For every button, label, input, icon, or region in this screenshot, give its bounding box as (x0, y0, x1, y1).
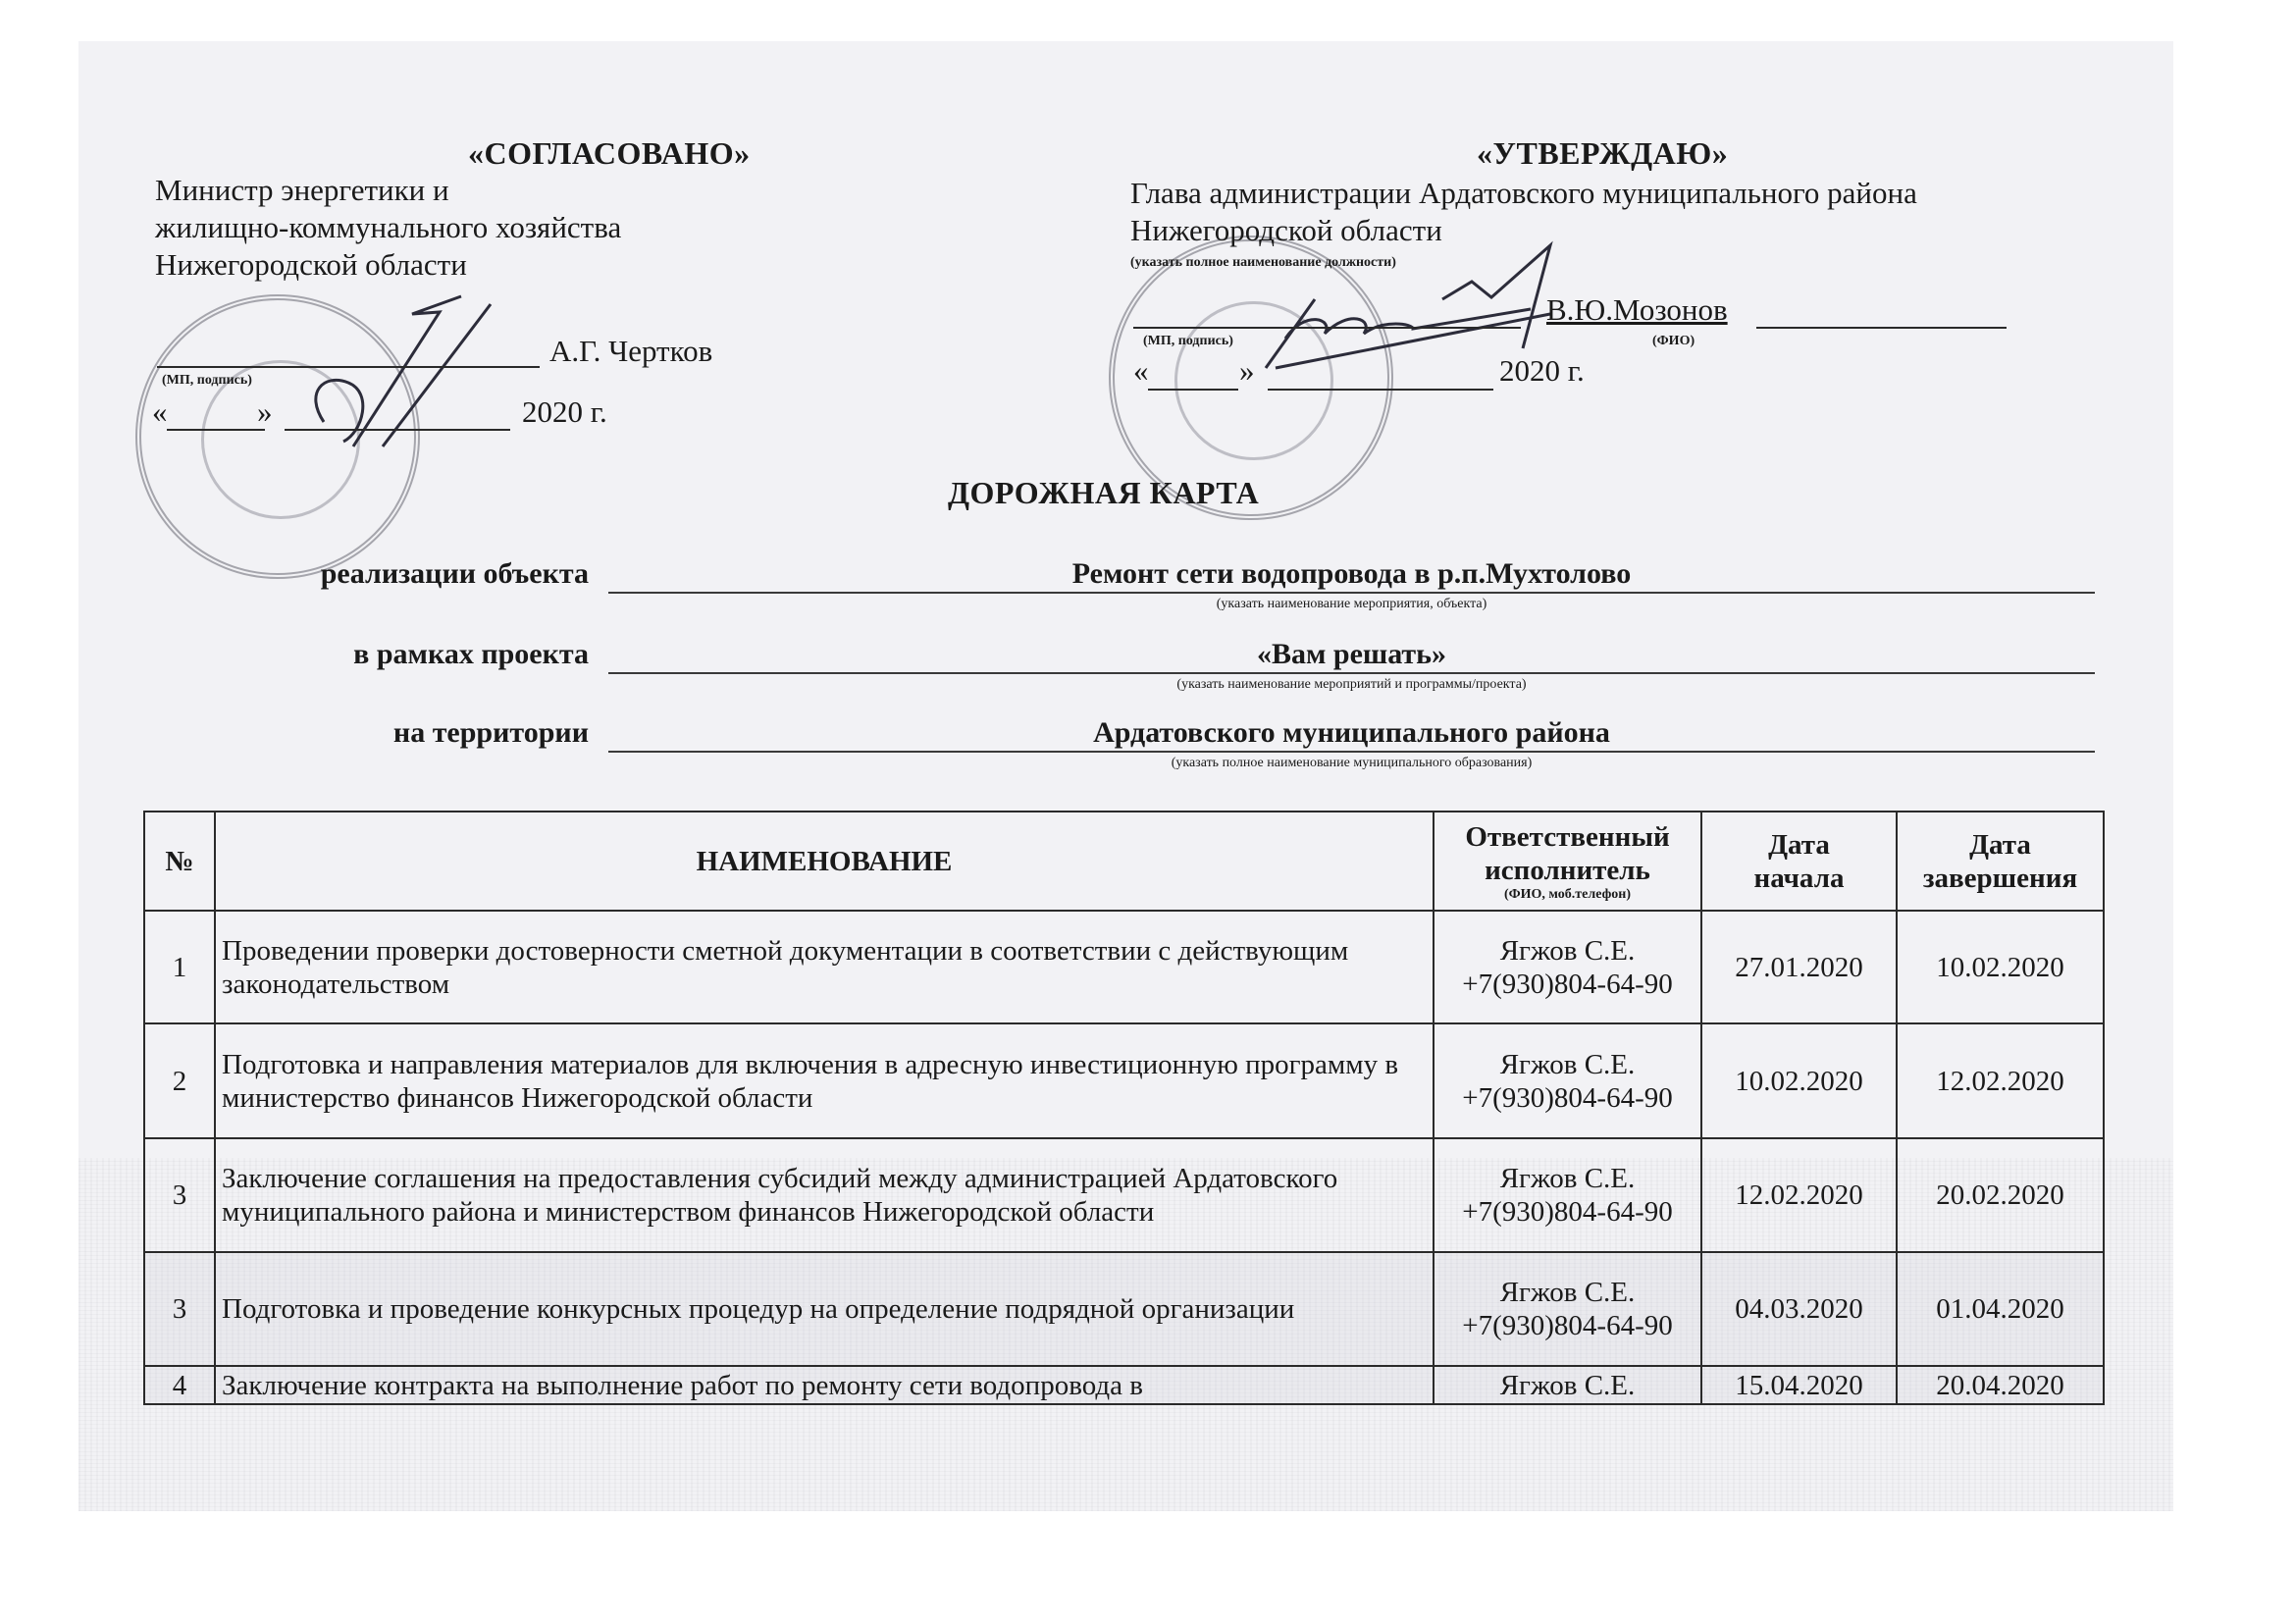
field-line-project (608, 672, 2095, 674)
row-executor: Ягжов С.Е. +7(930)804-64-90 (1434, 1252, 1701, 1366)
field-line-territory (608, 751, 2095, 753)
approve-position-line: Глава администрации Ардатовского муницип… (1130, 175, 1917, 212)
approve-sign-hint: (МП, подпись) (1143, 334, 1233, 349)
field-label-territory: на территории (177, 716, 589, 750)
header-executor-line2: исполнитель (1440, 854, 1695, 887)
approve-position-line: Нижегородской области (1130, 212, 1917, 249)
agreed-title: «СОГЛАСОВАНО» (468, 135, 751, 172)
row-name: Заключение соглашения на предоставления … (215, 1138, 1434, 1252)
header-start-line2: начала (1708, 862, 1890, 895)
row-name: Проведении проверки достоверности сметно… (215, 911, 1434, 1023)
approve-signer-name: В.Ю.Мозонов (1546, 292, 1728, 328)
agreed-date-open-quote: « (152, 394, 168, 430)
agreed-year: 2020 г. (522, 394, 607, 430)
row-executor: Ягжов С.Е. +7(930)804-64-90 (1434, 911, 1701, 1023)
field-hint-territory: (указать полное наименование муниципальн… (608, 756, 2095, 771)
row-num: 3 (144, 1252, 215, 1366)
left-official-stamp-icon (135, 294, 420, 579)
header-executor-line1: Ответственный (1440, 820, 1695, 854)
field-hint-object: (указать наименование мероприятия, объек… (608, 597, 2095, 612)
header-end-line1: Дата (1904, 828, 2097, 862)
executor-phone: +7(930)804-64-90 (1440, 1195, 1695, 1229)
approve-month-line[interactable] (1268, 389, 1493, 391)
executor-name: Ягжов С.Е. (1440, 1276, 1695, 1309)
row-end-date: 20.02.2020 (1897, 1138, 2104, 1252)
field-label-project: в рамках проекта (177, 638, 589, 671)
header-start-date: Дата начала (1701, 812, 1897, 911)
executor-name: Ягжов С.Е. (1440, 1048, 1695, 1081)
agreed-position: Министр энергетики и жилищно-коммунально… (155, 172, 621, 284)
agreed-signer-name: А.Г. Чертков (549, 334, 712, 369)
approve-date-close-quote: » (1239, 353, 1255, 389)
table-row: 1 Проведении проверки достоверности смет… (144, 911, 2104, 1023)
executor-name: Ягжов С.Е. (1440, 1162, 1695, 1195)
agreed-date-close-quote: » (257, 394, 273, 430)
row-num: 2 (144, 1023, 215, 1138)
row-end-date: 12.02.2020 (1897, 1023, 2104, 1138)
header-executor: Ответственный исполнитель (ФИО, моб.теле… (1434, 812, 1701, 911)
row-name: Подготовка и направления материалов для … (215, 1023, 1434, 1138)
approve-position-hint: (указать полное наименование должности) (1130, 255, 1396, 271)
row-name: Подготовка и проведение конкурсных проце… (215, 1252, 1434, 1366)
agreed-day-line[interactable] (167, 429, 265, 431)
row-start-date: 27.01.2020 (1701, 911, 1897, 1023)
header-num: № (144, 812, 215, 911)
table-row: 2 Подготовка и направления материалов дл… (144, 1023, 2104, 1138)
row-start-date: 15.04.2020 (1701, 1366, 1897, 1404)
approve-signature-line[interactable] (1133, 327, 1521, 329)
row-end-date: 01.04.2020 (1897, 1252, 2104, 1366)
field-hint-project: (указать наименование мероприятий и прог… (608, 677, 2095, 693)
row-end-date: 20.04.2020 (1897, 1366, 2104, 1404)
agreed-position-line: Нижегородской области (155, 246, 621, 284)
table-row: 4 Заключение контракта на выполнение раб… (144, 1366, 2104, 1404)
field-line-object (608, 592, 2095, 594)
row-num: 1 (144, 911, 215, 1023)
agreed-signature-line[interactable] (157, 366, 540, 368)
row-start-date: 04.03.2020 (1701, 1252, 1897, 1366)
approve-name-hint: (ФИО) (1652, 334, 1695, 349)
table-header-row: № НАИМЕНОВАНИЕ Ответственный исполнитель… (144, 812, 2104, 911)
approve-day-line[interactable] (1148, 389, 1238, 391)
executor-name: Ягжов С.Е. (1440, 1370, 1695, 1401)
approve-position: Глава администрации Ардатовского муницип… (1130, 175, 1917, 249)
row-num: 4 (144, 1366, 215, 1404)
header-end-date: Дата завершения (1897, 812, 2104, 911)
field-value-object: Ремонт сети водопровода в р.п.Мухтолово (608, 557, 2095, 591)
agreed-position-line: Министр энергетики и (155, 172, 621, 209)
executor-name: Ягжов С.Е. (1440, 934, 1695, 968)
row-start-date: 10.02.2020 (1701, 1023, 1897, 1138)
field-label-object: реализации объекта (177, 557, 589, 591)
row-end-date: 10.02.2020 (1897, 911, 2104, 1023)
table-row: 3 Подготовка и проведение конкурсных про… (144, 1252, 2104, 1366)
field-value-territory: Ардатовского муниципального района (608, 716, 2095, 750)
header-start-line1: Дата (1708, 828, 1890, 862)
approve-title: «УТВЕРЖДАЮ» (1477, 135, 1728, 172)
document-title: ДОРОЖНАЯ КАРТА (948, 475, 1259, 511)
executor-phone: +7(930)804-64-90 (1440, 1081, 1695, 1115)
row-executor: Ягжов С.Е. +7(930)804-64-90 (1434, 1138, 1701, 1252)
approve-year: 2020 г. (1499, 353, 1585, 389)
agreed-sign-hint: (МП, подпись) (162, 373, 252, 389)
row-executor: Ягжов С.Е. (1434, 1366, 1701, 1404)
header-name: НАИМЕНОВАНИЕ (215, 812, 1434, 911)
row-num: 3 (144, 1138, 215, 1252)
executor-phone: +7(930)804-64-90 (1440, 1309, 1695, 1342)
roadmap-table: № НАИМЕНОВАНИЕ Ответственный исполнитель… (143, 811, 2105, 1405)
executor-phone: +7(930)804-64-90 (1440, 968, 1695, 1001)
header-executor-sub: (ФИО, моб.телефон) (1440, 887, 1695, 903)
agreed-month-line[interactable] (285, 429, 510, 431)
row-start-date: 12.02.2020 (1701, 1138, 1897, 1252)
approve-name-line (1756, 327, 2007, 329)
row-executor: Ягжов С.Е. +7(930)804-64-90 (1434, 1023, 1701, 1138)
field-value-project: «Вам решать» (608, 638, 2095, 671)
row-name: Заключение контракта на выполнение работ… (215, 1366, 1434, 1404)
agreed-position-line: жилищно-коммунального хозяйства (155, 209, 621, 246)
header-end-line2: завершения (1904, 862, 2097, 895)
table-row: 3 Заключение соглашения на предоставлени… (144, 1138, 2104, 1252)
approve-date-open-quote: « (1133, 353, 1149, 389)
